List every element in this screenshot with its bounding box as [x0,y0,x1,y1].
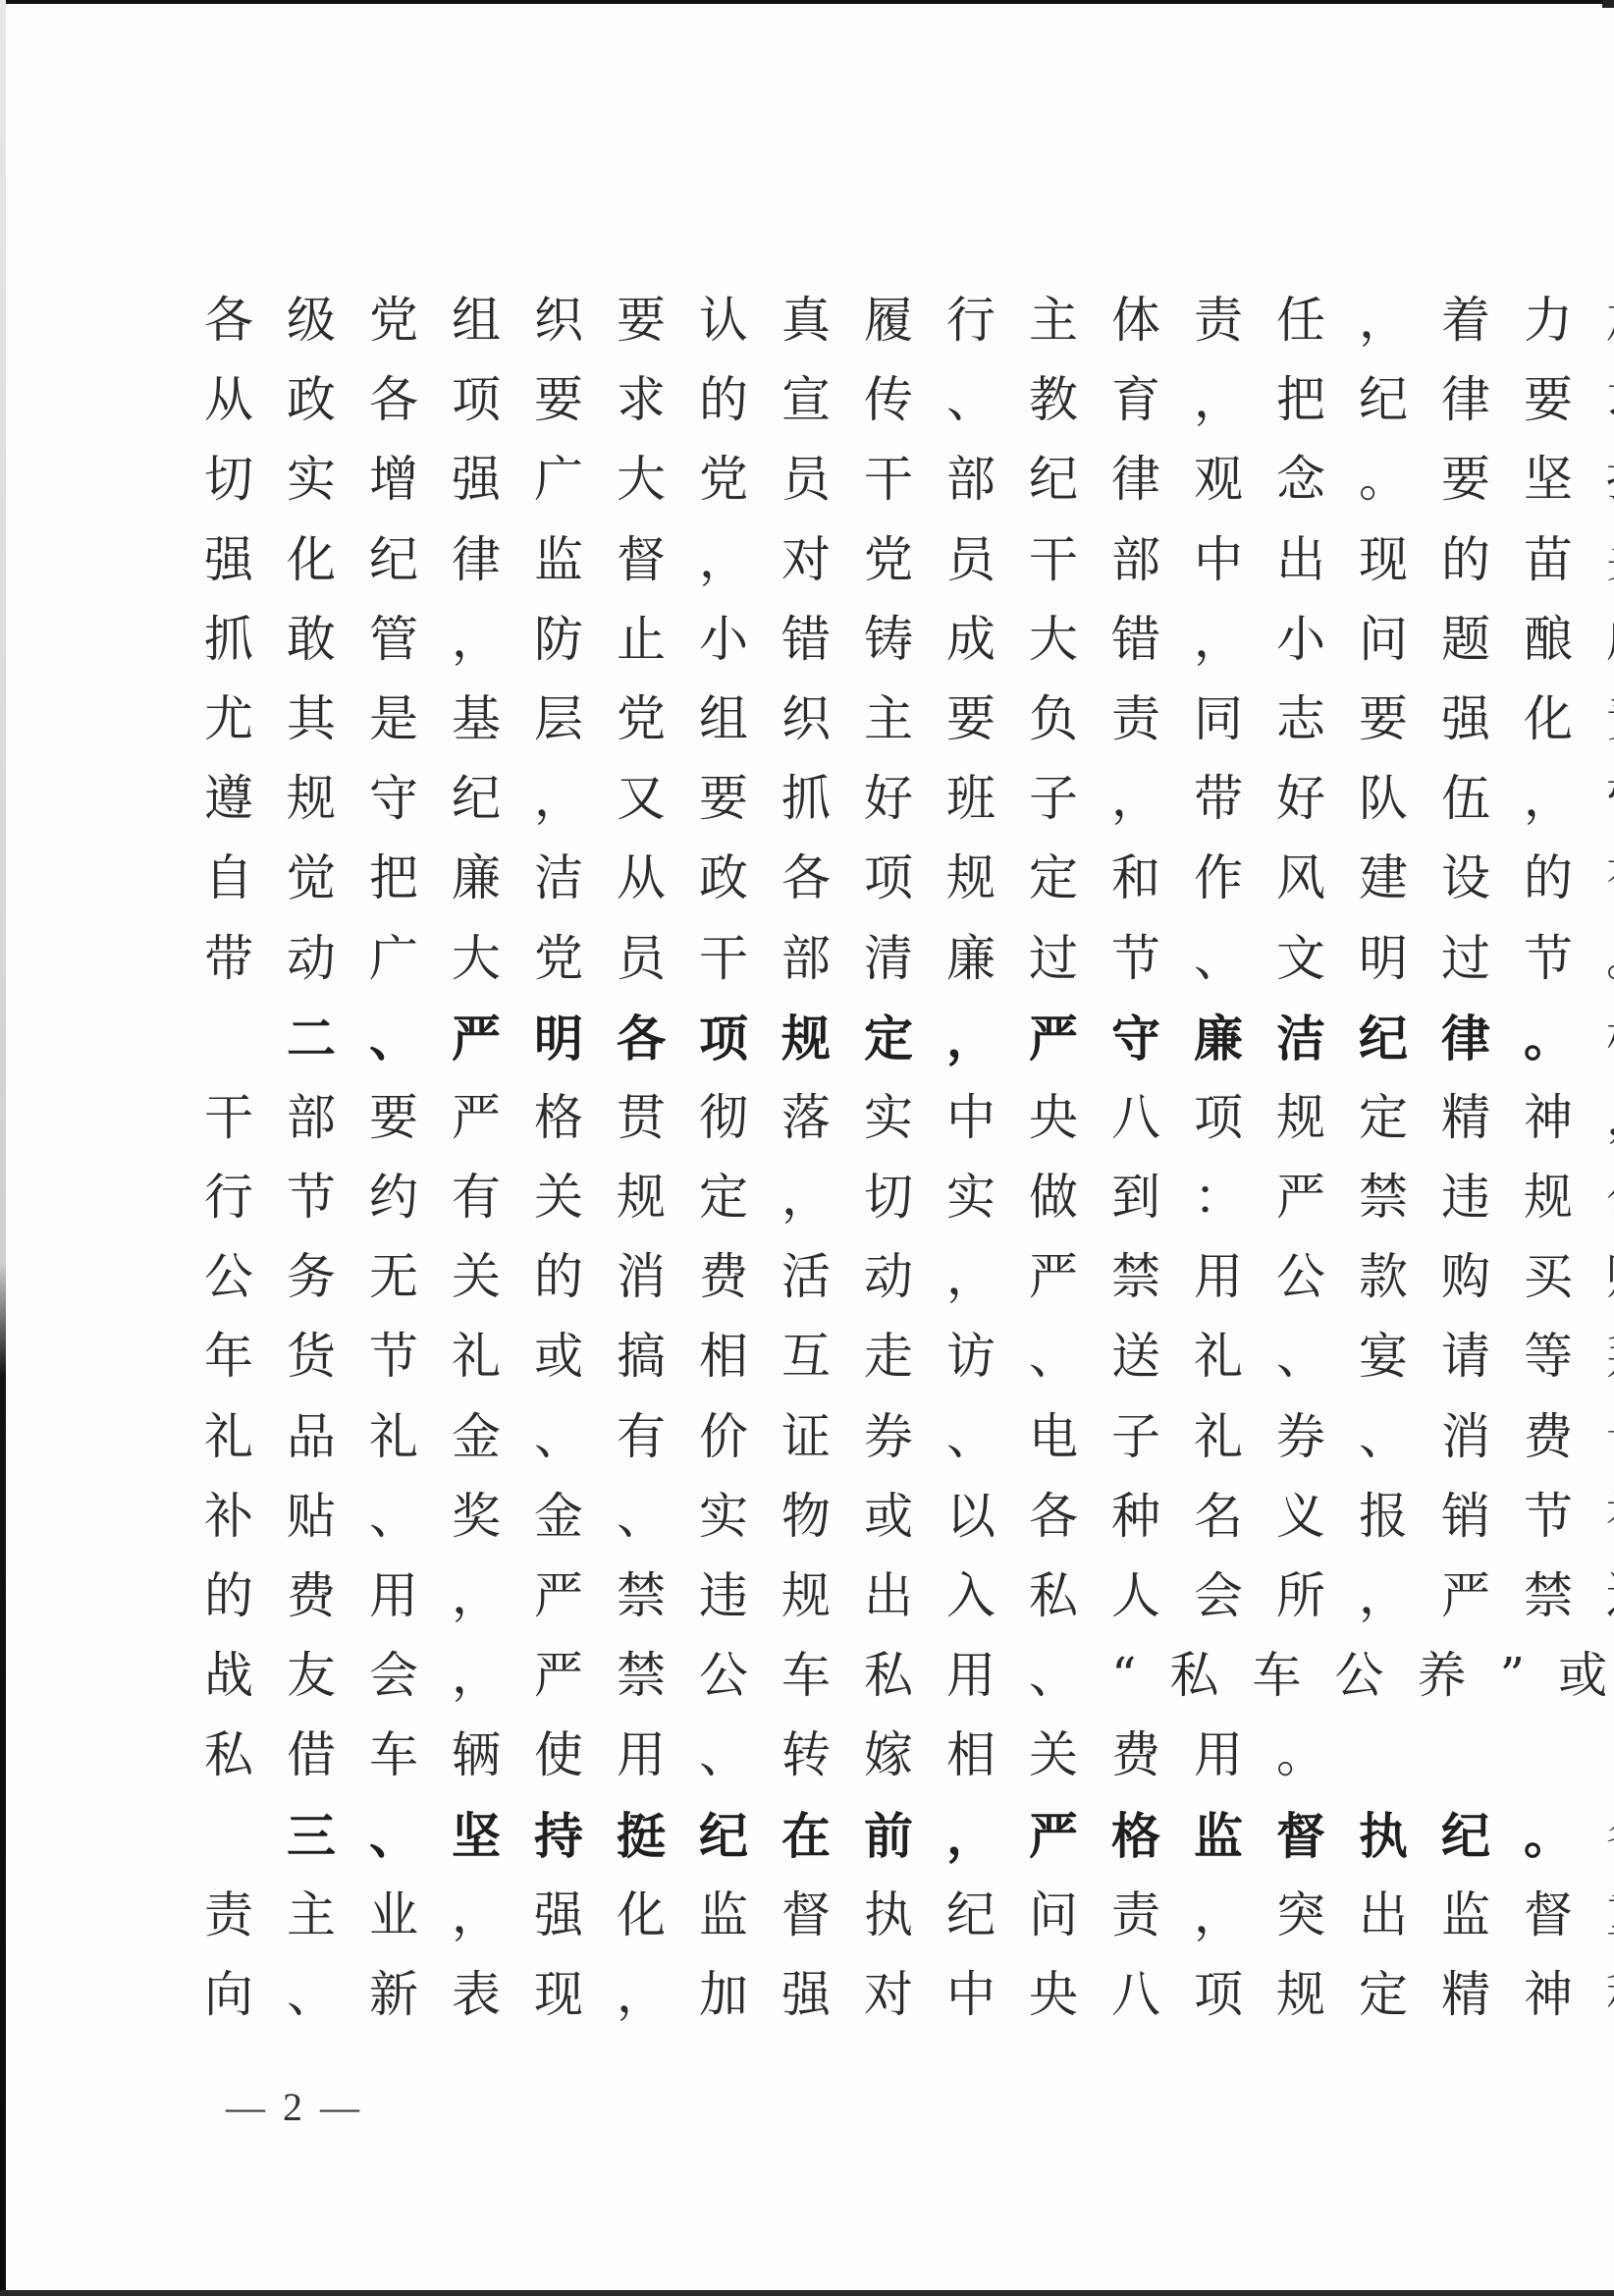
text-line-with-heading: 三、坚持挺纪在前，严格监督执纪。各级纪检组织要聚焦主 [204,1796,1484,1876]
text-line: 的费用，严禁违规出入私人会所，严禁违规参加老乡会、校友会、 [204,1557,1484,1636]
text-line: 各级党组织要认真履行主体责任，着力加强关于改进作风、廉洁 [204,281,1484,360]
text-line: 从政各项要求的宣传、教育，把纪律要求传达到每一位党员干部， [204,360,1484,440]
section-heading-2: 二、严明各项规定，严守廉洁纪律。 [287,1010,1606,1067]
scan-corner-mark [1602,0,1614,8]
text-line: 战友会，严禁公车私用、“私车公养”或向下属单位、服务对象 [204,1636,1484,1716]
text-line: 强化纪律监督，对党员干部中出现的苗头性问题，抓早抓小、敢 [204,520,1484,600]
text-line: 尤其是基层党组织主要负责同志要强化责任担当，既要严于律己， [204,680,1484,759]
text-line: 公务无关的消费活动，严禁用公款购买赠送贺年卡、烟花爆竹等 [204,1237,1484,1317]
text-line: 责主业，强化监督执纪问责，突出监督重点，紧盯“四风”新动 [204,1876,1484,1955]
text-run: 机关各级党组织和党员 [1606,1011,1614,1067]
text-run: 各级纪检组织要聚焦主 [1606,1808,1614,1865]
text-line: 行节约有关规定，切实做到：严禁违规公款吃喝、旅游和安排与 [204,1158,1484,1237]
text-line: 切实增强广大党员干部纪律观念。要坚持把纪律和规矩挺在前面， [204,440,1484,519]
page-number: — 2 — [226,2084,363,2130]
text-line: 私借车辆使用、转嫁相关费用。 [204,1716,1484,1795]
section-heading-3: 三、坚持挺纪在前，严格监督执纪。 [287,1807,1606,1865]
text-line: 抓敢管，防止小错铸成大错，小问题酿成大问题。党员领导干部 [204,600,1484,680]
paragraph-2: 二、严明各项规定，严守廉洁纪律。机关各级党组织和党员 干部要严格贯彻落实中央八项… [204,999,1451,1796]
scan-top-edge [0,0,1614,4]
text-line: 带动广大党员干部清廉过节、文明过节。 [204,919,1484,999]
text-line: 向、新表现，加强对中央八项规定精神和廉洁纪律执行情况的监 [204,1955,1484,2035]
text-line: 干部要严格贯彻落实中央八项规定精神，严格执行廉洁自律和厉 [204,1078,1484,1158]
text-line: 补贴、奖金、实物或以各种名义报销节礼费及其他应由个人承担 [204,1477,1484,1557]
text-line: 年货节礼或搞相互走访、送礼、宴请等拜年活动，严禁违规收受 [204,1317,1484,1396]
scan-bottom-edge [0,2290,1614,2296]
text-line: 自觉把廉洁从政各项规定和作风建设的有关要求真正落到实处， [204,839,1484,918]
scan-left-edge [0,0,6,2296]
paragraph-3: 三、坚持挺纪在前，严格监督执纪。各级纪检组织要聚焦主 责主业，强化监督执纪问责，… [204,1796,1451,2036]
paragraph-1: 各级党组织要认真履行主体责任，着力加强关于改进作风、廉洁 从政各项要求的宣传、教… [204,281,1451,999]
text-line: 遵规守纪，又要抓好班子，带好队伍，带头抵制各种歪风邪气， [204,759,1484,839]
document-body: 各级党组织要认真履行主体责任，着力加强关于改进作风、廉洁 从政各项要求的宣传、教… [204,281,1451,2035]
text-line: 礼品礼金、有价证券、电子礼券、消费卡等，严禁违规发放津贴、 [204,1397,1484,1477]
text-line-with-heading: 二、严明各项规定，严守廉洁纪律。机关各级党组织和党员 [204,999,1484,1078]
